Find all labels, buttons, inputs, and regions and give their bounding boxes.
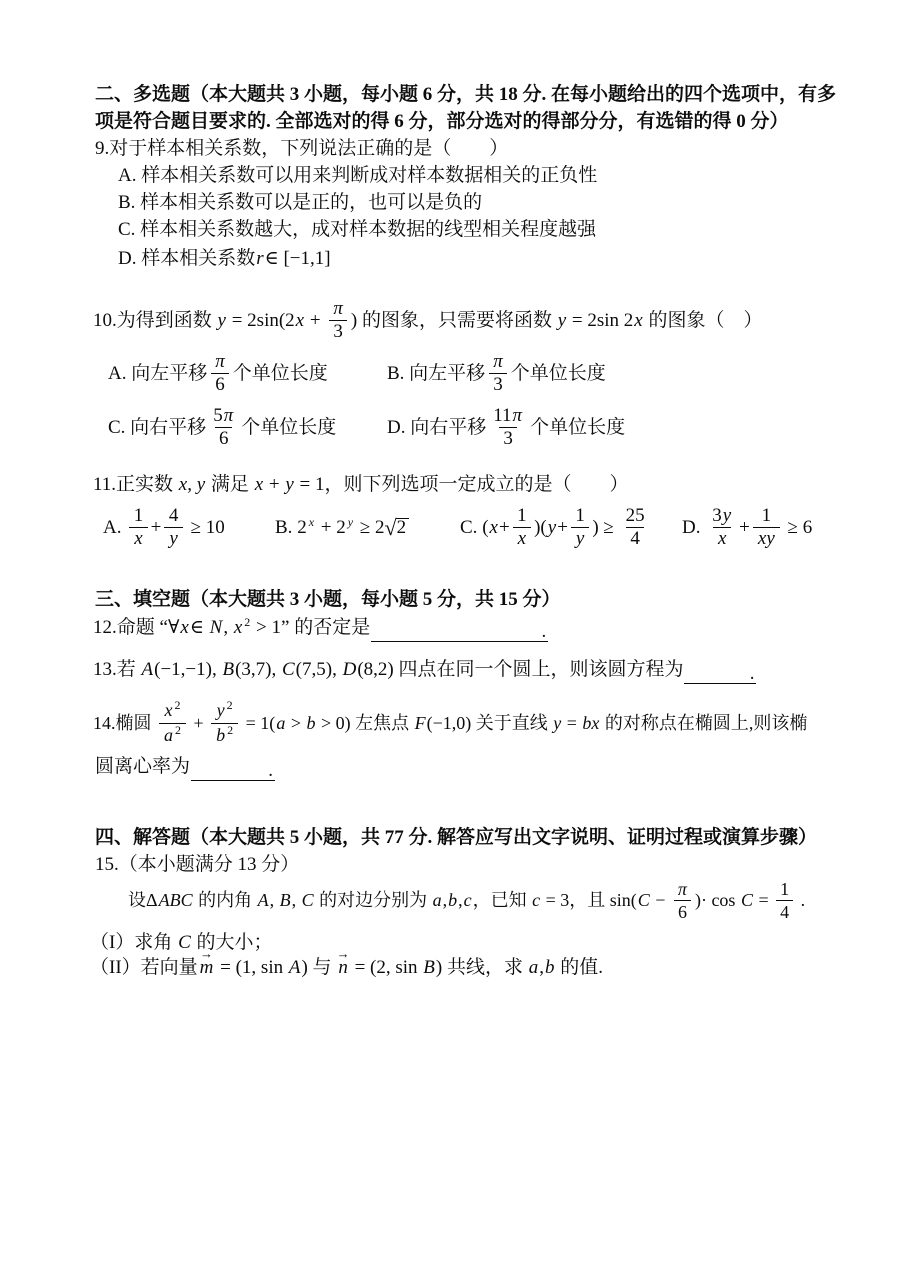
math-run: (3,7), [235, 660, 281, 679]
text-run: A. 样本相关系数可以用来判断成对样本数据相关的正负性 [118, 166, 597, 185]
fraction-numerator: 3y [708, 506, 736, 527]
math-run: 11 [493, 406, 511, 426]
answer-blank: . [371, 619, 548, 642]
math-power: 2y [336, 518, 355, 537]
q10-options-row2: C. 向右平移5π6个单位长度D. 向右平移11π3个单位长度 [108, 401, 625, 453]
fraction-numerator: 1 [571, 506, 589, 527]
math-run: (−1,0) [427, 714, 472, 732]
fraction-denominator: xy [753, 527, 780, 549]
math-run: 2 [336, 517, 346, 538]
text-run: 的值. [555, 958, 603, 977]
math-run: 3 [503, 429, 513, 449]
math-variable: π [223, 406, 235, 426]
text-run: 的图象（ ） [644, 311, 763, 330]
math-run: + [305, 311, 325, 330]
fraction-numerator: 1 [776, 879, 793, 900]
math-run: 2 [175, 723, 181, 737]
math-sqrt: √2 [385, 518, 410, 537]
math-variable: r [255, 249, 264, 268]
text-run: ，则下列选项一定成立的是（ ） [325, 475, 629, 494]
q9-option-c: C. 样本相关系数越大，成对样本数据的线型相关程度越强 [118, 216, 596, 242]
math-run: 2 [175, 698, 181, 712]
math-exponent: 2 [226, 723, 234, 737]
math-variable: y [217, 311, 227, 330]
text-run: 与 [308, 958, 337, 977]
math-power: 2x [297, 518, 316, 537]
math-run: 6 [219, 429, 229, 449]
fraction-numerator: 4 [165, 506, 183, 527]
q11-stem: 11.正实数 x, y 满足 x + y = 1，则下列选项一定成立的是（ ） [93, 471, 629, 497]
math-run: ∈ [−1,1] [265, 249, 331, 268]
math-run: ∀ [168, 618, 179, 637]
text-run: 11.正实数 [93, 475, 178, 494]
section-fillblank-header: 三、填空题（本大题共 3 小题，每小题 5 分，共 15 分） [95, 586, 561, 612]
math-run: + [499, 518, 510, 537]
math-run: = 2sin(2 [227, 311, 295, 330]
math-run: + [264, 475, 284, 494]
text-run: 项是符合题目要求的. 全部选对的得 6 分，部分选对的得部分分，有选错的得 0 … [95, 112, 789, 131]
math-variable: D [342, 660, 358, 679]
text-run: 左焦点 [351, 714, 414, 732]
text-run: C. 向右平移 [108, 418, 206, 437]
math-fraction: y2b2 [211, 700, 238, 747]
fraction-numerator: π [328, 299, 348, 320]
sqrt-radicand: 2 [396, 518, 410, 537]
math-variable: xy [757, 529, 776, 549]
text-run: ，且 [569, 891, 610, 909]
math-variable: a [432, 891, 443, 909]
q11-options: A. 1x+4y ≥ 10B. 2x + 2y ≥ 2√2C. (x+1x)(y… [103, 503, 812, 551]
math-variable: A [257, 891, 270, 909]
math-run: 5 [213, 406, 223, 426]
math-run: = 1 [295, 475, 325, 494]
math-variable: x [254, 475, 264, 494]
fraction-numerator: 1 [130, 506, 148, 527]
math-fraction: 3yx [708, 506, 736, 549]
math-fraction: 1x [513, 506, 531, 549]
math-exponent: 2 [174, 723, 182, 737]
math-fraction: π3 [328, 299, 348, 342]
text-run: 则该椭 [753, 714, 807, 732]
math-run: )( [534, 518, 547, 537]
fraction-numerator: π [488, 352, 508, 373]
math-variable: C [740, 891, 754, 909]
math-fraction: π6 [210, 352, 230, 395]
math-run: (7,5), [296, 660, 342, 679]
q10-options-row1: A. 向左平移π6个单位长度B. 向左平移π3个单位长度 [108, 349, 606, 397]
math-variable: a [528, 958, 540, 977]
math-variable: y [722, 506, 732, 526]
math-run: = [754, 891, 773, 909]
section-multichoice-header-line2: 项是符合题目要求的. 全部选对的得 6 分，部分选对的得部分分，有选错的得 0 … [95, 108, 789, 134]
math-variable: A [288, 958, 302, 977]
text-run: 12.命题 “ [93, 618, 168, 637]
math-variable: c [531, 891, 541, 909]
fraction-denominator: 6 [211, 373, 229, 395]
fraction-denominator: 4 [626, 527, 644, 549]
math-power: x2 [164, 700, 182, 722]
fraction-numerator: y2 [212, 700, 238, 723]
math-variable: x [295, 311, 305, 330]
math-variable: B [279, 891, 292, 909]
math-fraction: 4y [164, 506, 182, 549]
math-power: y2 [216, 700, 234, 722]
math-exponent: x [307, 515, 316, 529]
text-run: D. 向右平移 [387, 418, 486, 437]
q13-stem: 13.若 A(−1,−1), B(3,7), C(7,5), D(8,2) 四点… [93, 656, 757, 682]
q15-stem: 设ΔABC 的内角 A, B, C 的对边分别为 a,b,c，已知 c = 3，… [128, 876, 805, 924]
vector-arrow-icon: → [200, 947, 213, 960]
math-variable: C [637, 891, 651, 909]
math-variable: b [447, 891, 458, 909]
math-variable: x, y [178, 475, 206, 494]
math-variable: x [717, 529, 727, 549]
text-run: D. [682, 518, 705, 537]
math-variable: π [677, 879, 688, 899]
math-fraction: 11π3 [489, 406, 527, 449]
math-variable: b [305, 714, 316, 732]
text-run: B. [275, 518, 297, 537]
math-run: 2 [244, 615, 250, 629]
math-fraction: 1y [571, 506, 589, 549]
text-run: B. 样本相关系数可以是正的，也可以是负的 [118, 193, 482, 212]
math-run: ≥ 10 [186, 518, 225, 537]
text-run: 共线，求 [442, 958, 528, 977]
math-run: 25 [626, 506, 645, 526]
text-run: ，已知 [473, 891, 532, 909]
math-run: , [270, 891, 279, 909]
math-run: = 1( [241, 714, 275, 732]
fraction-denominator: 3 [329, 320, 347, 342]
math-run: (−1,−1), [154, 660, 221, 679]
q9-option-b: B. 样本相关系数可以是正的，也可以是负的 [118, 189, 482, 215]
math-run: 3 [712, 506, 722, 526]
q10-option-b: B. 向左平移π3个单位长度 [387, 349, 606, 397]
math-variable: y [347, 515, 354, 529]
math-variable: b [544, 958, 556, 977]
q15-number: 15.（本小题满分 13 分） [95, 851, 299, 877]
math-variable: y [575, 529, 585, 549]
math-run: (8,2) [357, 660, 393, 679]
math-variable: b [215, 725, 226, 745]
math-variable: π [214, 352, 226, 372]
fraction-denominator: 6 [215, 427, 233, 449]
text-run: B. 向左平移 [387, 364, 485, 383]
q10-option-d: D. 向右平移11π3个单位长度 [387, 401, 625, 453]
math-run: > [286, 714, 305, 732]
math-variable: x [633, 311, 643, 330]
math-variable: B [221, 660, 235, 679]
text-run: A. [103, 518, 126, 537]
math-fraction: 254 [622, 506, 649, 549]
math-exponent: 2 [174, 698, 182, 712]
fraction-denominator: 4 [776, 900, 793, 922]
text-run: 个单位长度 [511, 364, 606, 383]
vector-arrow-icon: → [337, 947, 350, 960]
q11-option-b: B. 2x + 2y ≥ 2√2 [275, 503, 460, 551]
fraction-numerator: 1 [758, 506, 776, 527]
math-fraction: 5π6 [209, 406, 238, 449]
fraction-denominator: x [513, 527, 531, 549]
math-variable: bx [581, 714, 600, 732]
math-variable: x [133, 529, 143, 549]
text-run: 四点在同一个圆上，则该圆方程为 [394, 660, 684, 679]
math-run: 4 [780, 902, 789, 922]
text-run: D. 样本相关系数 [118, 249, 255, 268]
q10-stem: 10.为得到函数 y = 2sin(2x + π3) 的图象，只需要将函数 y … [93, 296, 762, 344]
answer-blank: . [191, 758, 275, 781]
section-multichoice-header-line1: 二、多选题（本大题共 3 小题，每小题 6 分，共 18 分. 在每小题给出的四… [95, 81, 836, 107]
math-vector: →m [200, 958, 214, 977]
fraction-denominator: y [571, 527, 589, 549]
text-run: 设 [128, 891, 146, 909]
q9-stem: 9.对于样本相关系数，下列说法正确的是（ ） [95, 135, 508, 161]
math-variable: a [275, 714, 286, 732]
text-run: 14.椭圆 [93, 714, 156, 732]
math-run: 1 [780, 879, 789, 899]
math-run: ∈ [190, 618, 209, 637]
fraction-numerator: x2 [160, 700, 186, 723]
math-fraction: 1x [129, 506, 147, 549]
math-run: + [316, 518, 336, 537]
math-run: 6 [215, 375, 225, 395]
math-run: , [223, 618, 233, 637]
fraction-denominator: 6 [674, 900, 691, 922]
math-run: 6 [678, 902, 687, 922]
fraction-numerator: π [673, 879, 692, 900]
fraction-denominator: 3 [499, 427, 517, 449]
text-run: 个单位长度 [233, 364, 328, 383]
q10-option-c: C. 向右平移5π6个单位长度 [108, 401, 387, 453]
math-run: 1 [517, 506, 527, 526]
fraction-denominator: x [129, 527, 147, 549]
q9-option-d: D. 样本相关系数r∈ [−1,1] [118, 245, 331, 271]
math-run: = (1, sin [215, 958, 287, 977]
fraction-denominator: x [713, 527, 731, 549]
math-variable: y [552, 714, 562, 732]
math-variable: x [164, 700, 174, 720]
text-run: ” 的否定是 [281, 618, 370, 637]
math-variable: y [547, 518, 557, 537]
text-run: （II）若向量 [90, 958, 198, 977]
math-run: 3 [333, 322, 343, 342]
math-variable: x [233, 617, 243, 638]
text-run: 三、填空题（本大题共 3 小题，每小题 5 分，共 15 分） [95, 590, 561, 609]
math-fraction: 1xy [753, 506, 780, 549]
math-variable: y [216, 700, 226, 720]
math-run: > 0) [316, 714, 350, 732]
math-variable: N [209, 618, 224, 637]
math-run: = [562, 714, 581, 732]
q14-stem-line1: 14.椭圆 x2a2 + y2b2 = 1(a > b > 0) 左焦点 F(−… [93, 698, 807, 748]
math-run: + [189, 714, 208, 732]
text-run: 9.对于样本相关系数，下列说法正确的是（ ） [95, 139, 508, 158]
math-variable: C [281, 660, 296, 679]
math-run: = 3 [541, 891, 569, 909]
math-fraction: 14 [776, 879, 793, 922]
fraction-denominator: a2 [159, 723, 186, 747]
math-run: sin( [610, 891, 637, 909]
text-run: 个单位长度 [241, 418, 336, 437]
math-exponent: 2 [226, 698, 234, 712]
math-variable: a [163, 725, 174, 745]
math-run: 1 [575, 506, 585, 526]
math-fraction: x2a2 [159, 700, 186, 747]
fraction-numerator: 5π [209, 406, 238, 427]
text-run: 的对边分别为 [315, 891, 432, 909]
text-run: 四、解答题（本大题共 5 小题，共 77 分. 解答应写出文字说明、证明过程或演… [95, 828, 817, 847]
text-run: 的内角 [194, 891, 257, 909]
math-variable: x [517, 529, 527, 549]
math-run: 4 [169, 506, 179, 526]
math-run: + [557, 518, 568, 537]
math-run: ) ≥ [592, 518, 618, 537]
math-run: > 1 [251, 618, 281, 637]
math-run: )· cos [695, 891, 740, 909]
math-variable: x [489, 518, 499, 537]
math-run: + [739, 518, 750, 537]
math-variable: c [463, 891, 473, 909]
math-run: Δ [146, 891, 158, 909]
math-fraction: π6 [673, 879, 692, 922]
q11-option-c: C. (x+1x)(y+1y) ≥ 254 [460, 503, 682, 551]
section-solution-header: 四、解答题（本大题共 5 小题，共 77 分. 解答应写出文字说明、证明过程或演… [95, 824, 817, 850]
text-run: 的图象，只需要将函数 [357, 311, 557, 330]
q11-option-a: A. 1x+4y ≥ 10 [103, 503, 275, 551]
fraction-denominator: 3 [489, 373, 507, 395]
text-run: 13.若 [93, 660, 141, 679]
math-run: 4 [630, 529, 640, 549]
math-run: − [651, 891, 670, 909]
document-page: 二、多选题（本大题共 3 小题，每小题 6 分，共 18 分. 在每小题给出的四… [0, 0, 900, 1284]
math-variable: y [557, 311, 567, 330]
text-run: 满足 [206, 475, 254, 494]
math-variable: C [301, 891, 315, 909]
text-run: 的对称点在椭圆上 [600, 714, 749, 732]
text-run: 个单位长度 [530, 418, 625, 437]
math-variable: π [492, 352, 504, 372]
math-exponent: y [346, 515, 355, 529]
math-run: , [292, 891, 301, 909]
q11-option-d: D. 3yx+1xy ≥ 6 [682, 503, 812, 551]
math-fraction: π3 [488, 352, 508, 395]
math-variable: x [308, 515, 315, 529]
text-run: 10.为得到函数 [93, 311, 217, 330]
math-variable: B [422, 958, 436, 977]
text-run: C. [460, 518, 482, 537]
math-variable: y [284, 475, 294, 494]
math-power: b2 [215, 725, 234, 747]
math-run: 2 [227, 723, 233, 737]
math-variable: y [168, 529, 178, 549]
math-run: 1 [762, 506, 772, 526]
fraction-numerator: 11π [489, 406, 527, 427]
math-variable: π [332, 299, 344, 319]
math-variable: x [179, 618, 189, 637]
fraction-denominator: b2 [211, 723, 238, 747]
q15-part2: （II）若向量→m = (1, sin A) 与 →n = (2, sin B)… [90, 949, 603, 985]
fraction-numerator: 25 [622, 506, 649, 527]
math-power: a2 [163, 725, 182, 747]
math-power: x2 [233, 618, 251, 637]
answer-blank: . [684, 661, 756, 684]
math-run: 2 [297, 517, 307, 538]
text-run: C. 样本相关系数越大，成对样本数据的线型相关程度越强 [118, 220, 596, 239]
math-run: ≥ 6 [783, 518, 812, 537]
math-vector: →n [338, 958, 348, 977]
math-run: ≥ 2 [355, 518, 384, 537]
math-variable: π [512, 406, 524, 426]
text-run: 二、多选题（本大题共 3 小题，每小题 6 分，共 18 分. 在每小题给出的四… [95, 85, 836, 104]
text-run: A. 向左平移 [108, 364, 207, 383]
math-run: + [151, 518, 162, 537]
q12-stem: 12.命题 “∀x∈ N, x2 > 1” 的否定是. [93, 612, 549, 642]
text-run: 15.（本小题满分 13 分） [95, 855, 299, 874]
q9-option-a: A. 样本相关系数可以用来判断成对样本数据相关的正负性 [118, 162, 597, 188]
math-run: 2 [227, 698, 233, 712]
math-run: . [796, 891, 805, 909]
fraction-numerator: 1 [513, 506, 531, 527]
math-variable: ABC [158, 891, 194, 909]
math-run: 1 [134, 506, 144, 526]
math-run: 3 [493, 375, 503, 395]
text-run: 关于直线 [471, 714, 552, 732]
q10-option-a: A. 向左平移π6个单位长度 [108, 349, 387, 397]
math-variable: A [141, 660, 155, 679]
fraction-denominator: y [164, 527, 182, 549]
math-exponent: 2 [243, 615, 251, 629]
text-run: 圆离心率为 [95, 757, 190, 776]
math-run: = (2, sin [350, 958, 422, 977]
fraction-numerator: π [210, 352, 230, 373]
q14-stem-line2: 圆离心率为. [95, 753, 276, 779]
math-run: = 2sin 2 [567, 311, 633, 330]
math-variable: F [414, 714, 427, 732]
